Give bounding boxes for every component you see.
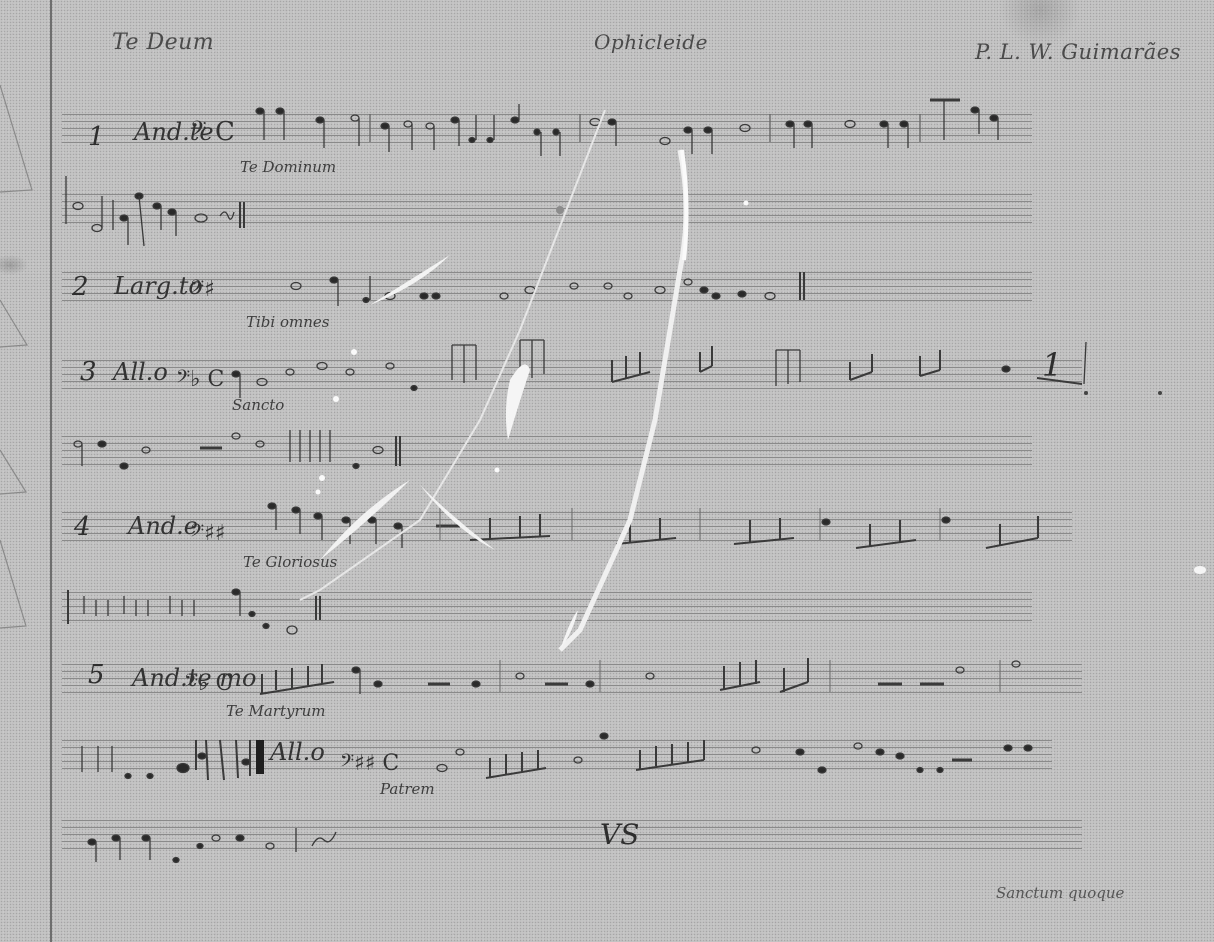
svg-text:𝄢♯: 𝄢♯ <box>190 277 215 302</box>
staff-2-notes <box>66 176 244 246</box>
manuscript-page: Te Deum Ophicleide P. L. W. Guimarães 1 … <box>0 0 1214 942</box>
staff-8-notes: 𝄢♭ C <box>184 658 1020 696</box>
staff-4-notes: 𝄢♭ C <box>176 340 1086 398</box>
svg-text:𝄢♭ C: 𝄢♭ C <box>184 671 232 696</box>
staff-9-notes: 𝄢♯♯ C <box>82 733 1032 780</box>
staff-1-notes: 𝄢 C <box>190 100 998 156</box>
svg-text:𝄢♭ C: 𝄢♭ C <box>176 367 224 392</box>
staff-10-notes <box>88 828 336 863</box>
svg-text:𝄢 C: 𝄢 C <box>190 117 235 147</box>
staff-6-notes: 𝄢♯♯ <box>190 503 1038 548</box>
staff-3-notes: 𝄢♯ <box>190 272 804 306</box>
staff-5-notes <box>74 430 400 469</box>
svg-text:𝄢♯♯ C: 𝄢♯♯ C <box>340 751 399 776</box>
staff-7-notes <box>68 589 320 634</box>
music-notation: 𝄢 C <box>0 0 1214 942</box>
svg-text:𝄢♯♯: 𝄢♯♯ <box>190 521 225 546</box>
